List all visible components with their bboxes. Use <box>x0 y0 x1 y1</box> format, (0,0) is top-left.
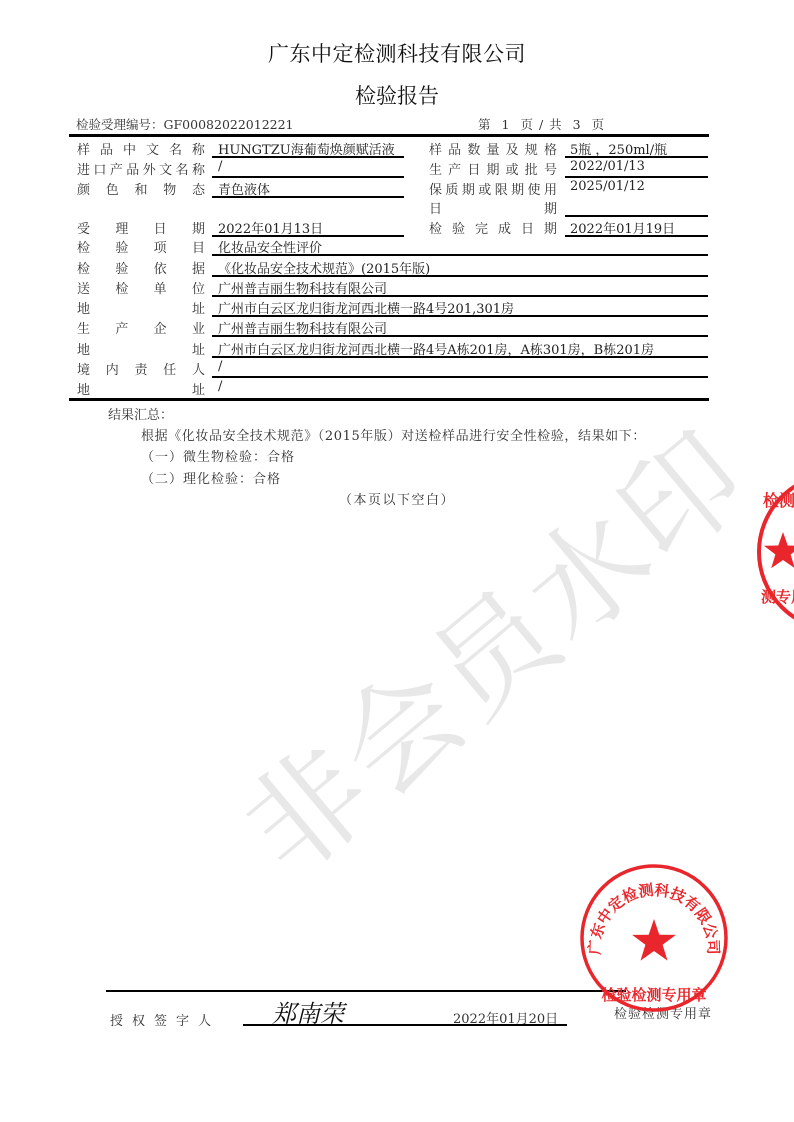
field-underline <box>212 376 708 378</box>
field-label-right-3: 检验完成日期 <box>429 218 557 237</box>
label-char: 名 <box>176 159 189 178</box>
label-char: 颜 <box>77 179 90 198</box>
label-char: 位 <box>192 278 205 297</box>
label-char: 产 <box>115 318 128 337</box>
label-char: 和 <box>134 179 147 198</box>
field-underline <box>212 315 708 317</box>
label-char: 地 <box>77 339 90 358</box>
label-char: 地 <box>77 298 90 317</box>
summary-heading: 结果汇总： <box>108 404 173 423</box>
label-char: 品 <box>100 139 113 158</box>
signer-label: 授权签字人 <box>110 1010 220 1029</box>
field-label-left-1: 进口产品外文名称 <box>77 159 205 178</box>
label-char: 批 <box>525 159 538 178</box>
label-char: 或 <box>478 179 491 198</box>
label-char: 样 <box>429 139 442 158</box>
acceptance-number: 检验受理编号：GF00082022012221 <box>76 115 294 133</box>
table-bottom-rule <box>69 398 709 401</box>
field-underline <box>212 335 708 337</box>
label-char: 生 <box>429 159 442 178</box>
label-char: 据 <box>192 258 205 277</box>
field-label-right-1: 生产日期或批号 <box>429 159 557 178</box>
field-underline <box>565 176 708 178</box>
label-char: 格 <box>544 139 557 158</box>
field-label-full-7: 地址 <box>77 379 205 398</box>
label-char: 保 <box>429 179 442 198</box>
label-char: 称 <box>192 159 205 178</box>
page-mid: 页 / 共 <box>520 117 561 132</box>
field-underline <box>212 156 404 158</box>
label-char: 检 <box>429 218 442 237</box>
label-char: 日 <box>467 159 480 178</box>
header-rule <box>69 134 709 137</box>
edge-seal-icon: 检测测专用 <box>755 470 794 635</box>
acceptance-number-value: GF00082022012221 <box>164 117 294 132</box>
field-underline <box>212 295 708 297</box>
field-underline <box>212 196 404 198</box>
label-char: 口 <box>93 159 106 178</box>
page-indicator: 第1页 / 共3页 <box>478 115 615 133</box>
label-char: 址 <box>192 298 205 317</box>
field-label-right-2b: 日期 <box>429 198 557 217</box>
field-underline <box>212 275 708 277</box>
field-value-right-1: 2022/01/13 <box>570 159 645 174</box>
summary-item-physicochemical: （二）理化检验：合格 <box>141 468 281 487</box>
field-label-full-2: 送检单位 <box>77 278 205 297</box>
page-suffix: 页 <box>592 117 605 132</box>
label-char: 任 <box>163 359 176 378</box>
label-char: 依 <box>154 258 167 277</box>
label-char: 验 <box>115 237 128 256</box>
label-char: 期 <box>511 179 524 198</box>
label-char: 称 <box>192 139 205 158</box>
label-char: 受 <box>77 218 90 237</box>
field-underline <box>212 176 404 178</box>
field-label-left-2: 颜色和物态 <box>77 179 205 198</box>
label-char: 使 <box>528 179 541 198</box>
label-char: 外 <box>143 159 156 178</box>
label-char: 限 <box>495 179 508 198</box>
label-char: 及 <box>506 139 519 158</box>
field-label-left-0: 样品中文名称 <box>77 139 205 158</box>
field-label-full-3: 地址 <box>77 298 205 317</box>
label-char: 日 <box>521 218 534 237</box>
field-label-right-2a: 保质期或限期使用 <box>429 179 557 198</box>
field-value-full-6: / <box>218 359 222 374</box>
summary-intro: 根据《化妆品安全技术规范》（2015年版）对送检样品进行安全性检验，结果如下： <box>141 425 646 444</box>
label-char: 文 <box>159 159 172 178</box>
field-underline <box>212 254 708 256</box>
page-current: 1 <box>502 117 510 132</box>
sign-date: 2022年01月20日 <box>453 1008 558 1027</box>
label-char: 中 <box>123 139 136 158</box>
label-char: 检 <box>77 258 90 277</box>
field-underline <box>565 215 708 217</box>
field-label-full-5: 地址 <box>77 339 205 358</box>
label-char: 号 <box>544 159 557 178</box>
summary-item-microbiology: （一）微生物检验：合格 <box>141 446 295 465</box>
label-char: 期 <box>544 198 557 217</box>
field-underline <box>565 156 708 158</box>
footer-rule <box>106 990 626 992</box>
label-char: 期 <box>192 218 205 237</box>
field-underline <box>212 356 708 358</box>
label-char: 企 <box>154 318 167 337</box>
official-seal-icon: 广东中定检测科技有限公司检验检测专用章 <box>578 862 730 1014</box>
report-title: 检验报告 <box>0 80 794 110</box>
label-char: 检 <box>77 237 90 256</box>
label-char: 态 <box>192 179 205 198</box>
label-char: 理 <box>115 218 128 237</box>
label-char: 物 <box>163 179 176 198</box>
label-char: 用 <box>544 179 557 198</box>
label-char: 址 <box>192 379 205 398</box>
label-char: 完 <box>475 218 488 237</box>
label-char: 目 <box>192 237 205 256</box>
field-value-right-2: 2025/01/12 <box>570 179 645 194</box>
field-label-full-1: 检验依据 <box>77 258 205 277</box>
label-char: 日 <box>154 218 167 237</box>
field-label-full-0: 检验项目 <box>77 237 205 256</box>
acceptance-number-label: 检验受理编号： <box>76 117 164 132</box>
label-char: 产 <box>448 159 461 178</box>
label-char: 文 <box>146 139 159 158</box>
label-char: 期 <box>544 218 557 237</box>
label-char: 样 <box>77 139 90 158</box>
label-char: 境 <box>77 359 90 378</box>
field-value-full-7: / <box>218 379 222 394</box>
label-char: 质 <box>445 179 458 198</box>
label-char: 生 <box>77 318 90 337</box>
label-char: 验 <box>452 218 465 237</box>
label-char: 品 <box>126 159 139 178</box>
field-value-left-1: / <box>218 159 222 174</box>
label-char: 业 <box>192 318 205 337</box>
label-char: 进 <box>77 159 90 178</box>
label-char: 验 <box>115 258 128 277</box>
label-char: 产 <box>110 159 123 178</box>
label-char: 数 <box>467 139 480 158</box>
label-char: 检 <box>115 278 128 297</box>
field-underline <box>565 235 708 237</box>
label-char: 期 <box>486 159 499 178</box>
svg-text:检测: 检测 <box>763 491 794 510</box>
blank-note: （本页以下空白） <box>0 489 794 508</box>
company-name: 广东中定检测科技有限公司 <box>0 38 794 68</box>
field-label-right-0: 样品数量及规格 <box>429 139 557 158</box>
svg-text:检验检测专用章: 检验检测专用章 <box>601 986 706 1004</box>
label-char: 量 <box>486 139 499 158</box>
label-char: 项 <box>154 237 167 256</box>
label-char: 日 <box>429 198 442 217</box>
label-char: 内 <box>106 359 119 378</box>
field-label-full-6: 境内责任人 <box>77 359 205 378</box>
label-char: 人 <box>192 359 205 378</box>
label-char: 色 <box>106 179 119 198</box>
label-char: 送 <box>77 278 90 297</box>
label-char: 成 <box>498 218 511 237</box>
label-char: 名 <box>169 139 182 158</box>
label-char: 期 <box>462 179 475 198</box>
field-label-left-3: 受理日期 <box>77 218 205 237</box>
label-char: 规 <box>525 139 538 158</box>
label-char: 地 <box>77 379 90 398</box>
field-label-full-4: 生产企业 <box>77 318 205 337</box>
label-char: 品 <box>448 139 461 158</box>
svg-text:测专用: 测专用 <box>761 588 794 606</box>
page-total: 3 <box>573 117 581 132</box>
label-char: 或 <box>506 159 519 178</box>
page-prefix: 第 <box>478 117 491 132</box>
label-char: 址 <box>192 339 205 358</box>
label-char: 责 <box>134 359 147 378</box>
label-char: 单 <box>154 278 167 297</box>
